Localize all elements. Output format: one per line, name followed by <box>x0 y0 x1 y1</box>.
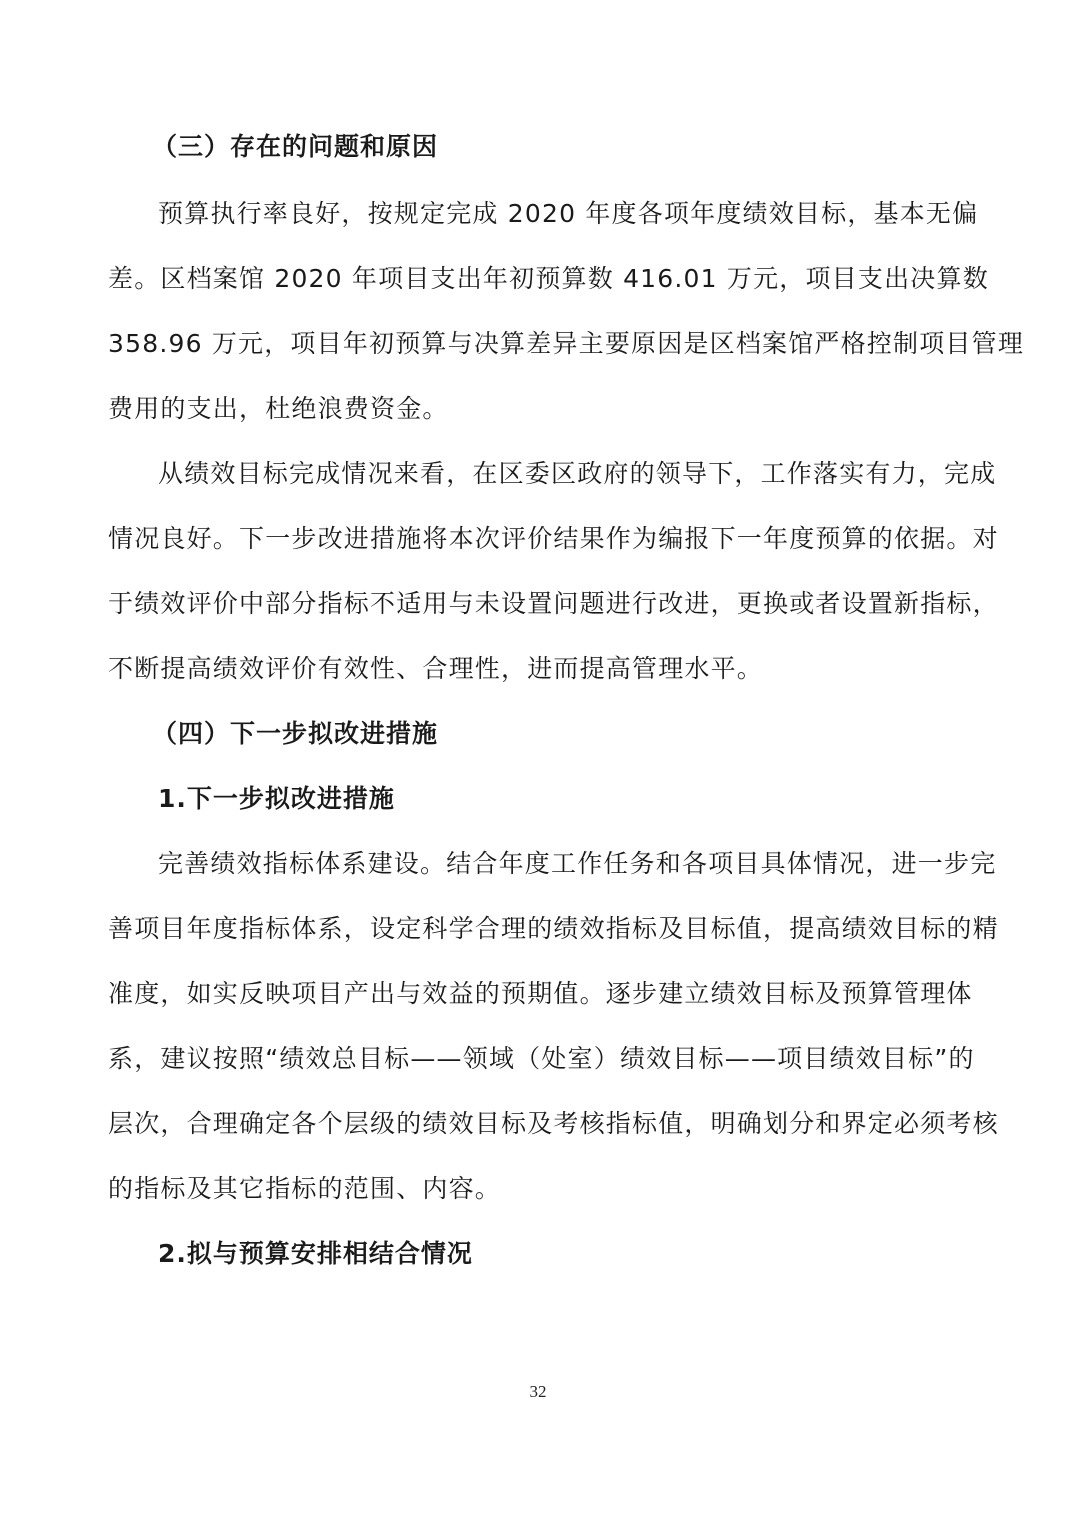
paragraph-line: 358.96 万元，项目年初预算与决算差异主要原因是区档案馆严格控制项目管理 <box>108 327 966 361</box>
page-number: 32 <box>0 1382 1076 1402</box>
section-heading-next-steps: （四）下一步拟改进措施 <box>152 717 1012 751</box>
paragraph-line: 差。区档案馆 2020 年项目支出年初预算数 416.01 万元，项目支出决算数 <box>108 262 908 296</box>
paragraph-line: 层次，合理确定各个层级的绩效目标及考核指标值，明确划分和界定必须考核 <box>108 1107 958 1141</box>
paragraph-line: 从绩效目标完成情况来看，在区委区政府的领导下，工作落实有力，完成 <box>158 457 966 491</box>
paragraph-line: 不断提高绩效评价有效性、合理性，进而提高管理水平。 <box>108 652 968 686</box>
document-page: （三）存在的问题和原因 预算执行率良好，按规定完成 2020 年度各项年度绩效目… <box>0 0 1076 1522</box>
paragraph-line: 情况良好。下一步改进措施将本次评价结果作为编报下一年度预算的依据。对 <box>108 522 966 556</box>
section-heading-problems-causes: （三）存在的问题和原因 <box>152 130 1012 164</box>
paragraph-line: 善项目年度指标体系，设定科学合理的绩效指标及目标值，提高绩效目标的精 <box>108 912 958 946</box>
paragraph-line: 费用的支出，杜绝浪费资金。 <box>108 392 968 426</box>
subheading-budget-integration: 2.拟与预算安排相结合情况 <box>158 1237 1018 1271</box>
paragraph-line: 完善绩效指标体系建设。结合年度工作任务和各项目具体情况，进一步完 <box>158 847 958 881</box>
paragraph-line: 于绩效评价中部分指标不适用与未设置问题进行改进，更换或者设置新指标， <box>108 587 956 621</box>
paragraph-line: 的指标及其它指标的范围、内容。 <box>108 1172 968 1206</box>
paragraph-line: 系，建议按照“绩效总目标——领域（处室）绩效目标——项目绩效目标”的 <box>108 1042 958 1076</box>
paragraph-line: 预算执行率良好，按规定完成 2020 年度各项年度绩效目标，基本无偏 <box>158 197 913 231</box>
paragraph-line: 准度，如实反映项目产出与效益的预期值。逐步建立绩效目标及预算管理体 <box>108 977 930 1011</box>
subheading-next-steps: 1.下一步拟改进措施 <box>158 782 1018 816</box>
